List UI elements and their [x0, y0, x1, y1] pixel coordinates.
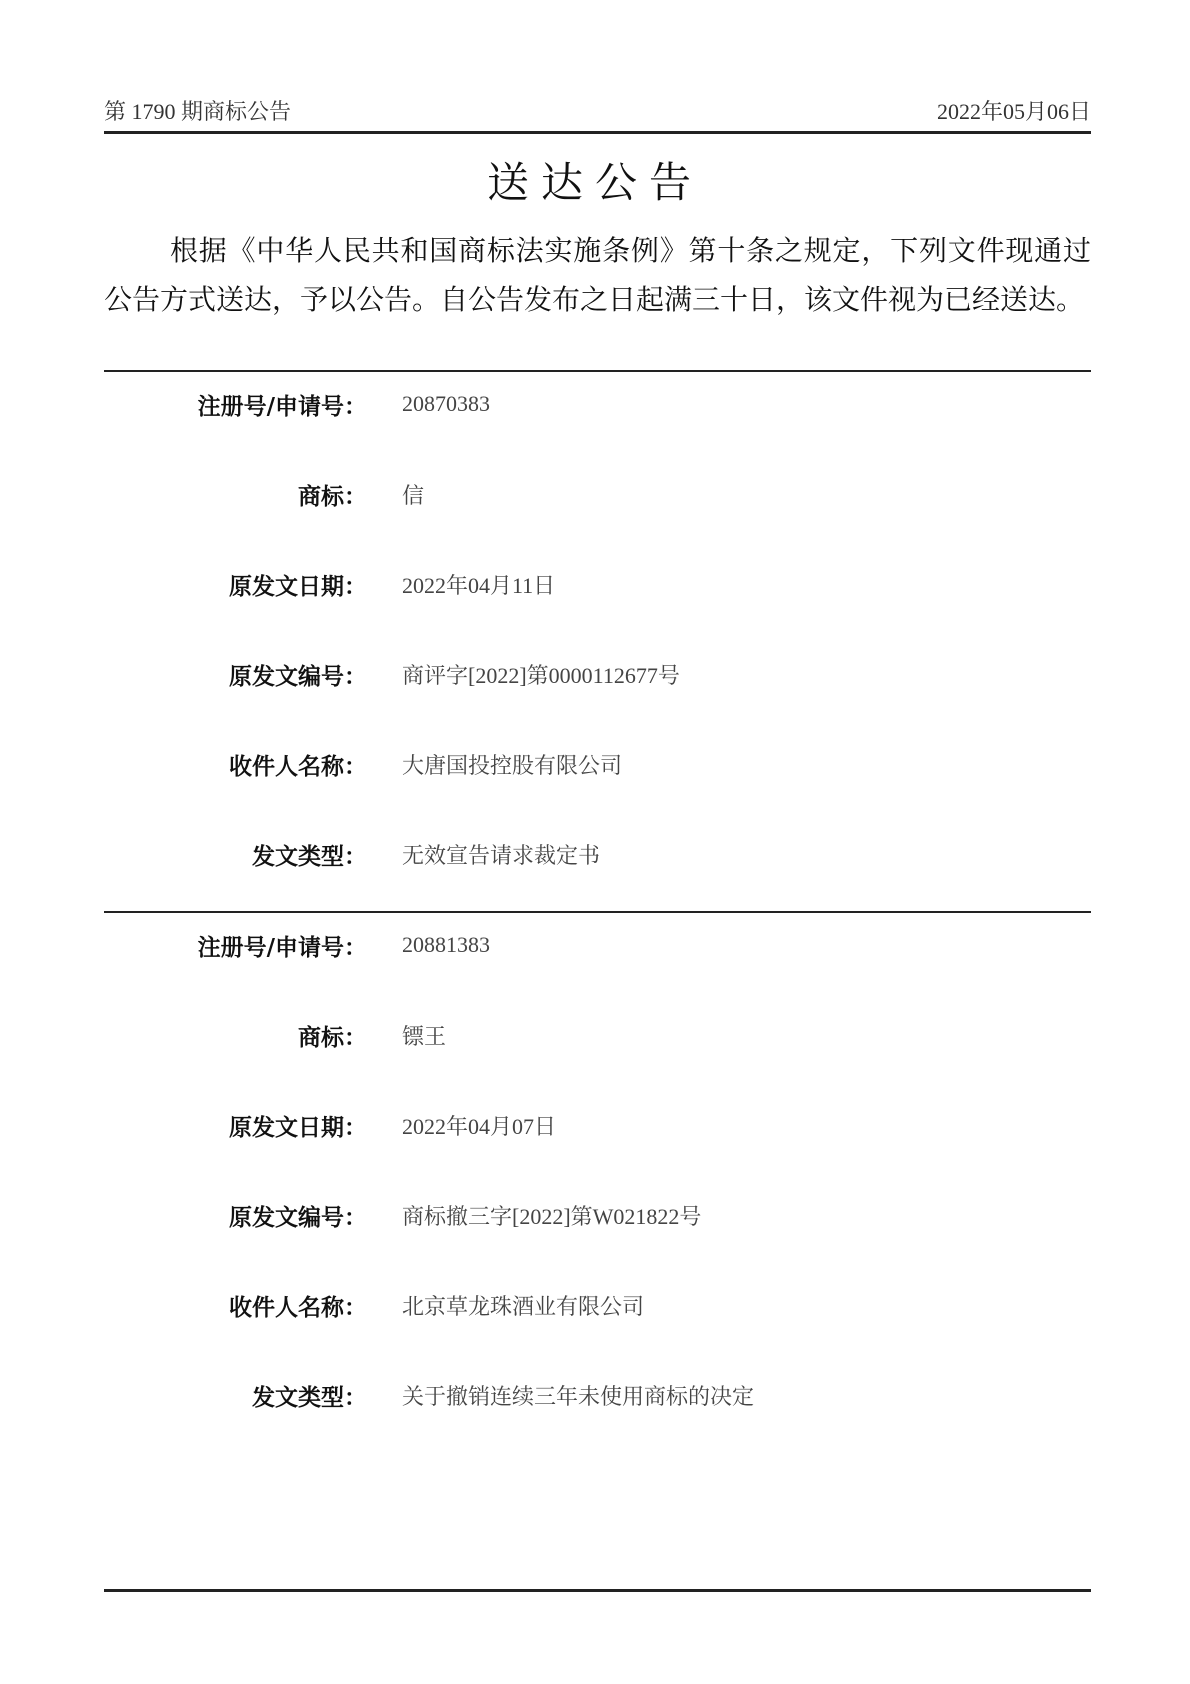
field-label: 发文类型 [104, 838, 344, 871]
publish-date: 2022年05月06日 [937, 95, 1091, 126]
field-label: 收件人名称 [104, 748, 344, 781]
header-divider [104, 131, 1091, 134]
field-value: 2022年04月07日 [402, 1110, 556, 1141]
field-value: 商评字[2022]第0000112677号 [402, 659, 680, 690]
field-reg-no: 注册号/申请号 ： 20881383 [104, 925, 1091, 965]
field-orig-date: 原发文日期 ： 2022年04月07日 [104, 1105, 1091, 1145]
field-colon: ： [344, 1199, 364, 1232]
record-divider [104, 911, 1091, 913]
field-colon: ： [344, 1109, 364, 1142]
field-orig-no: 原发文编号 ： 商评字[2022]第0000112677号 [104, 654, 1091, 694]
footer-divider [104, 1589, 1091, 1592]
field-value: 信 [402, 479, 424, 510]
field-colon: ： [344, 748, 364, 781]
field-label: 注册号/申请号 [104, 388, 344, 421]
field-colon: ： [344, 478, 364, 511]
field-value: 无效宣告请求裁定书 [402, 839, 600, 870]
field-value: 关于撤销连续三年未使用商标的决定 [402, 1380, 754, 1411]
field-label: 商标 [104, 1019, 344, 1052]
field-reg-no: 注册号/申请号 ： 20870383 [104, 384, 1091, 424]
field-trademark: 商标 ： 信 [104, 474, 1091, 514]
field-value: 20870383 [402, 391, 490, 417]
field-orig-date: 原发文日期 ： 2022年04月11日 [104, 564, 1091, 604]
field-value: 2022年04月11日 [402, 569, 555, 600]
field-label: 收件人名称 [104, 1289, 344, 1322]
record-divider [104, 370, 1091, 372]
intro-paragraph: 根据《中华人民共和国商标法实施条例》第十条之规定，下列文件现通过公告方式送达，予… [104, 226, 1091, 324]
field-colon: ： [344, 658, 364, 691]
field-label: 商标 [104, 478, 344, 511]
field-recipient: 收件人名称 ： 北京草龙珠酒业有限公司 [104, 1285, 1091, 1325]
field-recipient: 收件人名称 ： 大唐国投控股有限公司 [104, 744, 1091, 784]
field-value: 商标撤三字[2022]第W021822号 [402, 1200, 701, 1231]
field-label: 注册号/申请号 [104, 929, 344, 962]
field-colon: ： [344, 929, 364, 962]
field-colon: ： [344, 1379, 364, 1412]
field-colon: ： [344, 568, 364, 601]
field-colon: ： [344, 388, 364, 421]
field-label: 原发文日期 [104, 568, 344, 601]
field-doc-type: 发文类型 ： 无效宣告请求裁定书 [104, 834, 1091, 874]
field-label: 原发文编号 [104, 658, 344, 691]
page-title: 送达公告 [0, 150, 1190, 210]
issue-number: 第 1790 期商标公告 [104, 95, 291, 126]
field-orig-no: 原发文编号 ： 商标撤三字[2022]第W021822号 [104, 1195, 1091, 1235]
field-value: 镖王 [402, 1020, 446, 1051]
field-colon: ： [344, 1019, 364, 1052]
field-label: 发文类型 [104, 1379, 344, 1412]
field-trademark: 商标 ： 镖王 [104, 1015, 1091, 1055]
field-colon: ： [344, 838, 364, 871]
field-doc-type: 发文类型 ： 关于撤销连续三年未使用商标的决定 [104, 1375, 1091, 1415]
field-colon: ： [344, 1289, 364, 1322]
page-header: 第 1790 期商标公告 2022年05月06日 [104, 92, 1091, 126]
field-label: 原发文编号 [104, 1199, 344, 1232]
field-value: 北京草龙珠酒业有限公司 [402, 1290, 644, 1321]
field-value: 20881383 [402, 932, 490, 958]
field-value: 大唐国投控股有限公司 [402, 749, 622, 780]
field-label: 原发文日期 [104, 1109, 344, 1142]
